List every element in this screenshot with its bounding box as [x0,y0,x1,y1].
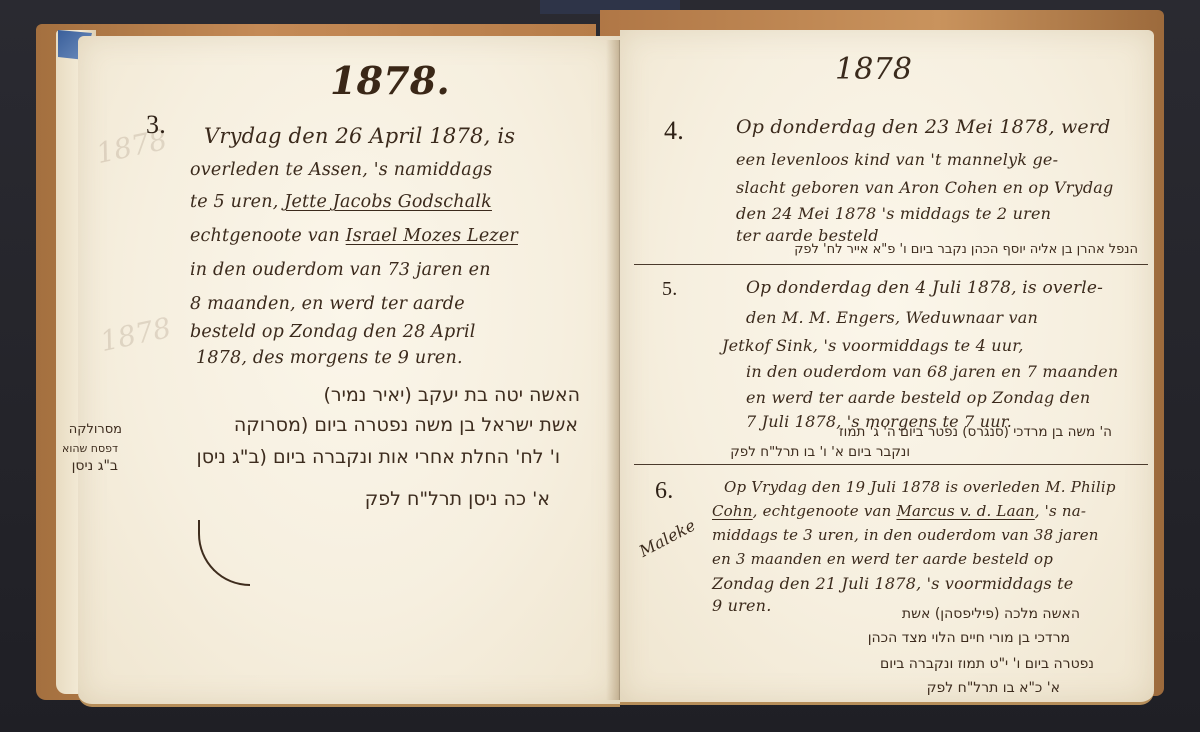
entry-line: in den ouderdom van 73 jaren en [190,262,491,280]
entry-divider [634,464,1148,465]
entry-line: Cohn, echtgenoote van Marcus v. d. Laan,… [712,504,1086,519]
entry-divider [634,264,1148,265]
entry-line: den M. M. Engers, Weduwnaar van [746,310,1038,326]
entry-number: 3. [146,110,166,140]
hebrew-line: ה' משה בן מרדכי (סנגרס) נפטר ביום ה' ג' … [839,424,1112,440]
spouse-name: Marcus v. d. Laan [896,502,1034,520]
hebrew-line: האשה מלכה (פיליפסהן) אשת [902,606,1080,622]
entry-line: echtgenoote van Israel Mozes Lezer [190,228,518,246]
hebrew-line: א' כ"א בו תרל"ח לפק [927,680,1060,696]
entry-line-suffix: , 's na- [1035,502,1086,520]
entry-line-prefix: echtgenoote van [190,226,346,246]
entry-line: Op donderdag den 23 Mei 1878, werd [736,118,1111,137]
hebrew-line: נפטרה ביום ו' י"ט תמוז ונקברה ביום [880,656,1094,672]
entry-line: besteld op Zondag den 28 April [190,324,476,342]
deceased-name: Cohn [712,502,753,520]
entry-line: den 24 Mei 1878 's middags te 2 uren [736,206,1051,222]
entry-line: Op Vrydag den 19 Juli 1878 is overleden … [724,480,1116,495]
entry-number: 4. [664,116,684,146]
entry-line: slacht geboren van Aron Cohen en op Vryd… [736,180,1113,196]
hebrew-line: ו' לח' החלת אחרי אות ונקברה ביום (ב"ג ני… [197,446,560,468]
year-heading-left: 1878. [330,58,450,103]
spouse-name: Israel Mozes Lezer [346,226,518,246]
hebrew-line: מרדכי בן מורי חיים הלוי מצד הכהן [868,630,1070,646]
hebrew-line: הנפל אהרן בן אליה יוסף הכהן נקבר ביום ו'… [794,242,1138,257]
entry-line: te 5 uren, Jette Jacobs Godschalk [190,194,492,212]
hebrew-line: האשה יטה בת יעקב (יאיר נמיר) [324,384,580,406]
margin-hebrew: ב"ג ניסן [72,458,118,474]
entry-number: 6. [655,478,673,505]
entry-line: in den ouderdom van 68 jaren en 7 maande… [746,364,1118,380]
entry-line: middags te 3 uren, in den ouderdom van 3… [712,528,1099,543]
entry-line: een levenloos kind van 't mannelyk ge- [736,152,1058,168]
hebrew-line: ונקבר ביום א' ו' בו תרל"ח לפק [730,444,910,460]
entry-line: Zondag den 21 Juli 1878, 's voormiddags … [712,576,1073,592]
entry-number: 5. [662,278,677,301]
entry-line: Op donderdag den 4 Juli 1878, is overle- [746,280,1103,297]
entry-line: 1878, des morgens te 9 uren. [196,350,463,368]
entry-line: Vrydag den 26 April 1878, is [204,126,515,147]
hebrew-line: א' כה ניסן תרל"ח לפק [365,488,550,510]
deceased-name: Jette Jacobs Godschalk [284,192,492,212]
entry-line: en 3 maanden en werd ter aarde besteld o… [712,552,1053,567]
entry-line: en werd ter aarde besteld op Zondag den [746,390,1090,406]
entry-line: overleden te Assen, 's namiddags [190,162,492,180]
hebrew-line: אשת ישראל בן משה נפטרה ביום (מסרוקה [234,414,578,436]
margin-hebrew: מסרולקה [69,422,122,437]
year-heading-right: 1878 [835,52,912,87]
margin-hebrew: דפסח שהוא [62,442,118,455]
entry-line: 9 uren. [712,598,771,614]
entry-line: Jetkof Sink, 's voormiddags te 4 uur, [722,338,1024,354]
entry-line-mid: , echtgenoote van [753,502,897,520]
entry-line-prefix: te 5 uren, [190,192,284,212]
entry-line: 8 maanden, en werd ter aarde [190,296,465,314]
